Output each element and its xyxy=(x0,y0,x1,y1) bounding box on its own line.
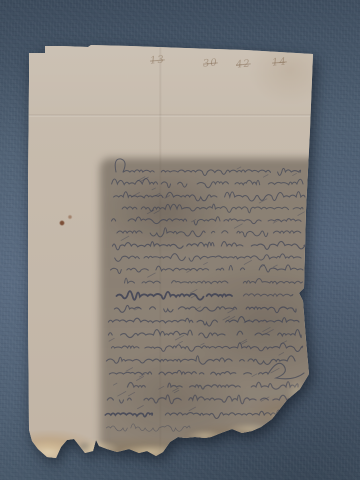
stained-area xyxy=(100,158,318,458)
paper-shadow-wrap: 13 30 42 14 xyxy=(0,0,360,480)
archival-numeral: 42 xyxy=(236,58,252,70)
manuscript-paper: 13 30 42 14 xyxy=(0,0,360,480)
photo-of-manuscript: 13 30 42 14 xyxy=(0,0,360,480)
archival-numeral: 30 xyxy=(203,57,219,69)
archival-numeral: 14 xyxy=(272,56,288,68)
archival-numeral: 13 xyxy=(150,54,166,66)
